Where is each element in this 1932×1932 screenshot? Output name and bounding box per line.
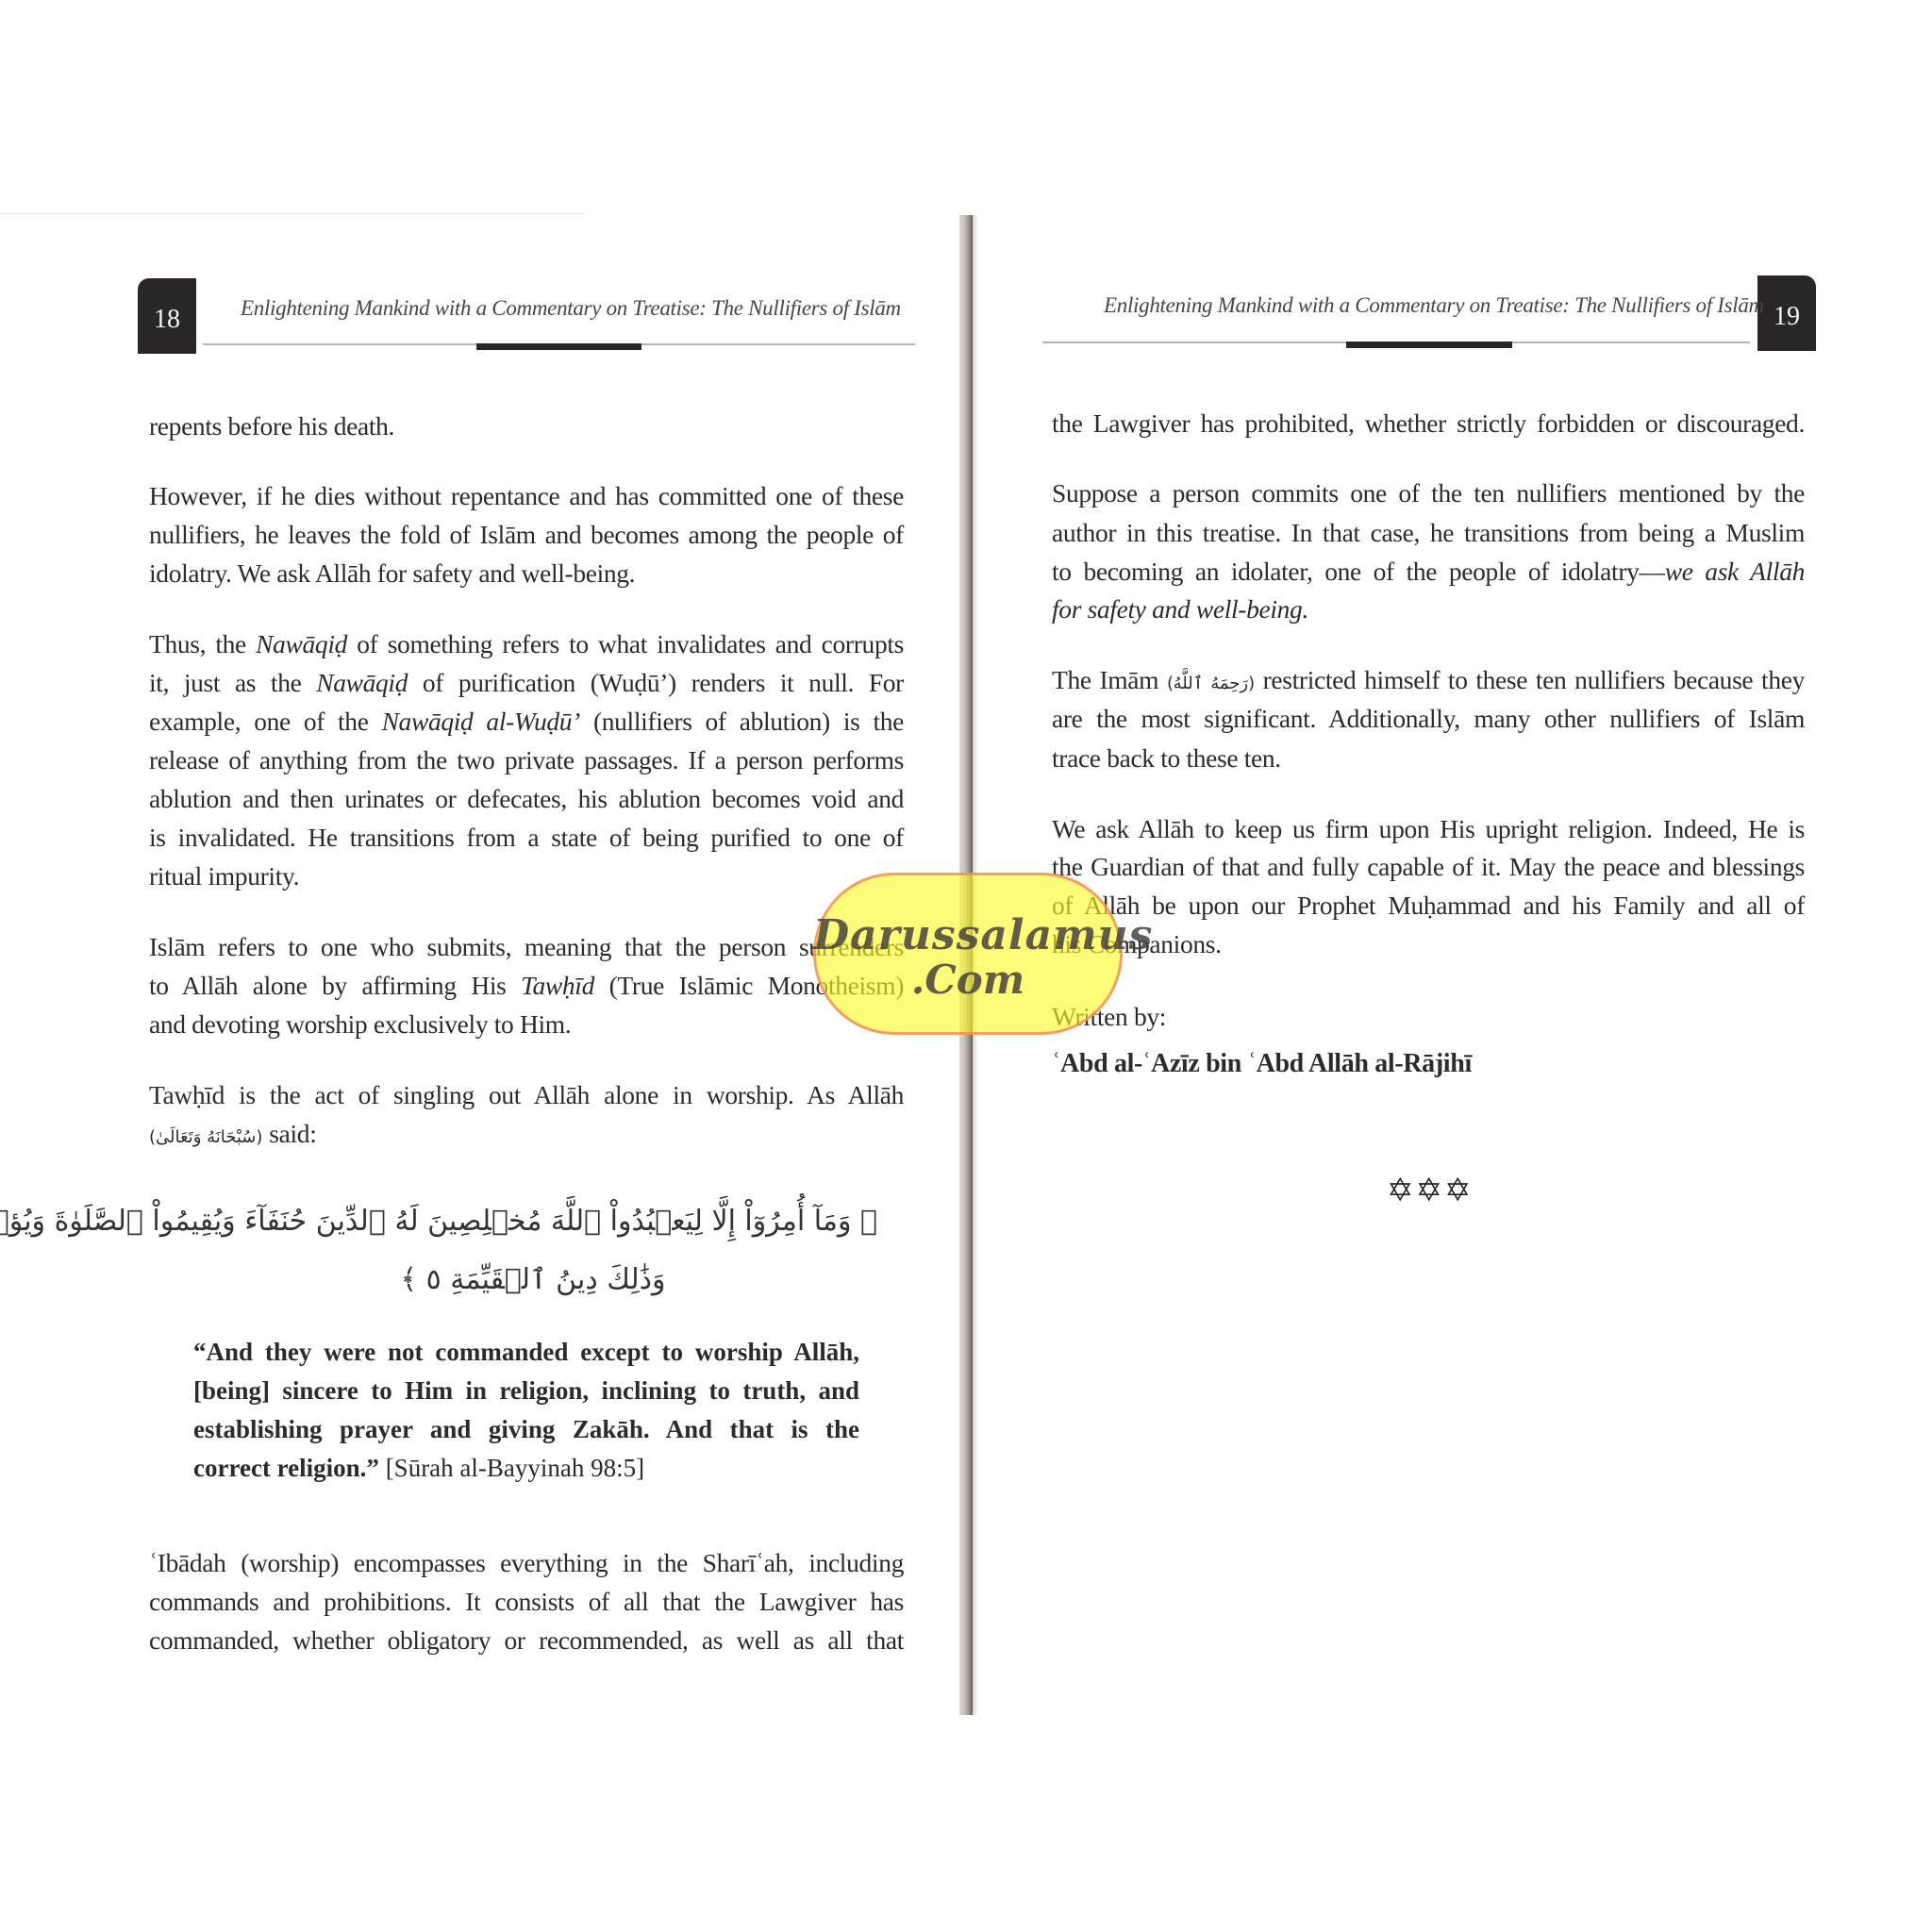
italic-term: Nawāqiḍ: [316, 668, 408, 697]
header-rule-bar-left: [476, 343, 641, 350]
header-rule-bar-right: [1346, 341, 1512, 348]
text-line: The Imām (رَحِمَهُ ٱللَّهُ) restricted h…: [1052, 667, 1805, 693]
verse-reference: [Sūrah al-Bayyinah 98:5]: [386, 1454, 644, 1482]
text-span: The Imām: [1052, 665, 1158, 694]
text-line: repents before his death.: [149, 413, 904, 440]
page-top-edge: [0, 213, 585, 214]
text-span: it, just as the: [149, 668, 301, 697]
text-span: to becoming an idolater, one of the peop…: [1052, 557, 1665, 586]
quran-verse-arabic-line-1: ﴿ وَمَآ أُمِرُوٓاْ إِلَّا لِيَعۡبُدُواْ …: [189, 1207, 877, 1236]
arabic-honorific: (سُبْحَانَهُ وَتَعَالَىٰ): [149, 1127, 262, 1147]
running-head-left: Enlightening Mankind with a Commentary o…: [241, 296, 901, 321]
star-ornament-icon: ✡✡✡: [1387, 1172, 1473, 1209]
text-span: said:: [269, 1119, 316, 1148]
text-line: his Companions.: [1052, 931, 1805, 958]
text-line: of Allāh be upon our Prophet Muḥammad an…: [1052, 892, 1805, 919]
text-span: to Allāh alone by affirming His: [149, 971, 506, 1000]
text-line: ritual impurity.: [149, 863, 904, 890]
text-line: example, one of the Nawāqiḍ al-Wuḍū’ (nu…: [149, 708, 904, 735]
text-span: (nullifiers of ablution) is the: [593, 707, 904, 736]
text-line: commanded, whether obligatory or recomme…: [149, 1627, 904, 1654]
quote-line: correct religion.” [Sūrah al-Bayyinah 98…: [193, 1456, 859, 1481]
text-line: nullifiers, he leaves the fold of Islām …: [149, 522, 904, 548]
text-line: However, if he dies without repentance a…: [149, 483, 904, 509]
text-line: Tawḥīd is the act of singling out Allāh …: [149, 1082, 904, 1108]
running-head-right: Enlightening Mankind with a Commentary o…: [1104, 293, 1764, 318]
watermark-text: Darussalamus: [813, 915, 1123, 957]
text-line: is invalidated. He transitions from a st…: [149, 824, 904, 851]
text-line: idolatry. We ask Allāh for safety and we…: [149, 560, 904, 587]
text-line: the Lawgiver has prohibited, whether str…: [1052, 410, 1805, 437]
text-line: We ask Allāh to keep us firm upon His up…: [1052, 816, 1805, 842]
watermark-domain: .Com: [813, 960, 1123, 1000]
text-line: (سُبْحَانَهُ وَتَعَالَىٰ) said:: [149, 1121, 904, 1147]
italic-term: Nawāqiḍ: [256, 629, 347, 658]
text-line: author in this treatise. In that case, h…: [1052, 520, 1805, 546]
text-line: Suppose a person commits one of the ten …: [1052, 480, 1805, 507]
text-line: the Guardian of that and fully capable o…: [1052, 854, 1805, 880]
page-number-text: 18: [154, 305, 180, 335]
quran-verse-arabic-line-2: وَذَٰلِكَ دِينُ ٱلۡقَيِّمَةِ ٥ ﴾: [189, 1266, 877, 1294]
text-span: correct religion.”: [193, 1454, 379, 1482]
text-span: Thus, the: [149, 629, 246, 658]
page-number-left: 18: [138, 278, 196, 354]
text-span: of something refers to what invalidates …: [357, 629, 904, 658]
text-line: and devoting worship exclusively to Him.: [149, 1011, 904, 1038]
text-line: release of anything from the two private…: [149, 747, 904, 774]
text-line: Islām refers to one who submits, meaning…: [149, 934, 904, 960]
text-line: trace back to these ten.: [1052, 745, 1805, 772]
text-line: ʿIbādah (worship) encompasses everything…: [149, 1550, 904, 1576]
text-line: are the most significant. Additionally, …: [1052, 706, 1805, 732]
written-by-label: Written by:: [1052, 1004, 1805, 1030]
text-line: to becoming an idolater, one of the peop…: [1052, 558, 1805, 585]
italic-text: we ask Allāh: [1665, 557, 1805, 586]
text-span: of purification (Wuḍū’) renders it null.…: [423, 668, 904, 697]
quote-line: [being] sincere to Him in religion, incl…: [193, 1378, 859, 1404]
text-line: for safety and well-being.: [1052, 596, 1805, 623]
quote-line: “And they were not commanded except to w…: [193, 1340, 859, 1365]
arabic-honorific: (رَحِمَهُ ٱللَّهُ): [1167, 674, 1255, 693]
italic-term: Tawḥīd: [521, 971, 594, 1000]
text-line: Thus, the Nawāqiḍ of something refers to…: [149, 631, 904, 658]
author-name: ʿAbd al-ʿAzīz bin ʿAbd Allāh al-Rājihī: [1052, 1051, 1805, 1077]
quote-line: establishing prayer and giving Zakāh. An…: [193, 1417, 859, 1442]
text-span: example, one of the: [149, 707, 369, 736]
text-line: to Allāh alone by affirming His Tawḥīd (…: [149, 973, 904, 999]
page-number-text: 19: [1774, 302, 1800, 332]
page-number-right: 19: [1757, 275, 1816, 351]
text-line: commands and prohibitions. It consists o…: [149, 1589, 904, 1615]
italic-term: Nawāqiḍ al-Wuḍū’: [382, 707, 580, 736]
text-span: restricted himself to these ten nullifie…: [1263, 665, 1805, 694]
text-line: ablution and then urinates or defecates,…: [149, 786, 904, 812]
text-line: it, just as the Nawāqiḍ of purification …: [149, 670, 904, 696]
